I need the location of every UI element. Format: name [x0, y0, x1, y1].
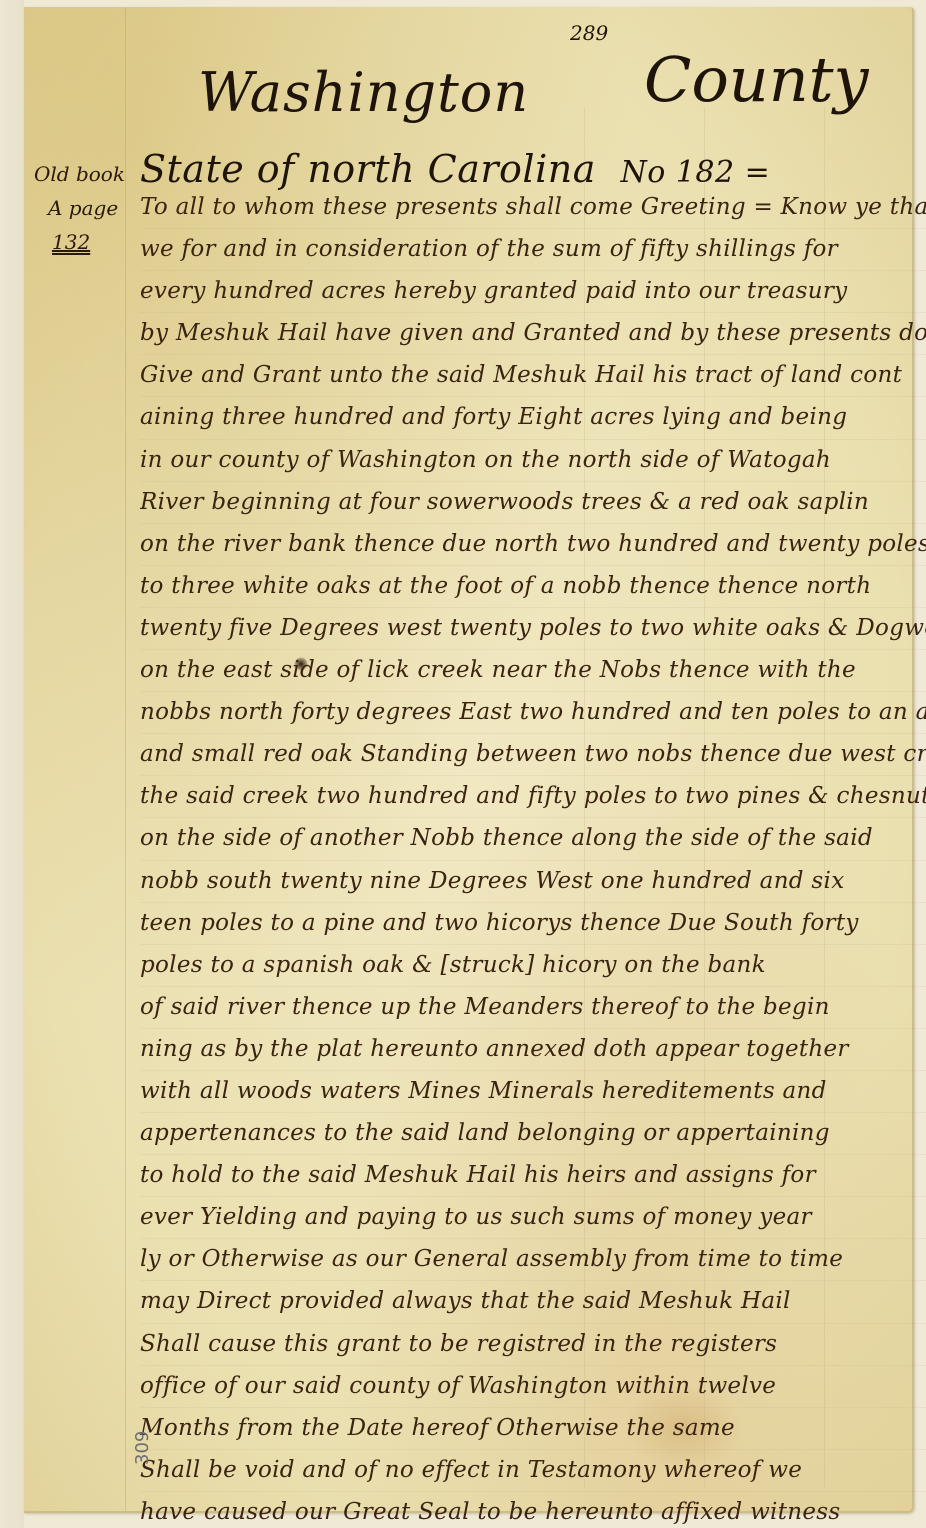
text-line: every hundred acres hereby granted paid … [140, 271, 926, 313]
text-line: twenty five Degrees west twenty poles to… [140, 608, 926, 650]
page-number: 289 [570, 21, 608, 45]
text-line: Months from the Date hereof Otherwise th… [140, 1408, 926, 1450]
text-line: we for and in consideration of the sum o… [140, 229, 926, 271]
text-line: by Meshuk Hail have given and Granted an… [140, 313, 926, 355]
manuscript-page: 289 Washington County Old book A page 13… [24, 7, 914, 1513]
text-line: to three white oaks at the foot of a nob… [140, 566, 926, 608]
county-name: Washington [198, 61, 529, 124]
text-line: Give and Grant unto the said Meshuk Hail… [140, 355, 926, 397]
text-line: nobbs north forty degrees East two hundr… [140, 692, 926, 734]
text-line: office of our said county of Washington … [140, 1366, 926, 1408]
text-line: aining three hundred and forty Eight acr… [140, 397, 926, 439]
text-line: to hold to the said Meshuk Hail his heir… [140, 1155, 926, 1197]
text-line: Shall be void and of no effect in Testam… [140, 1450, 926, 1492]
text-line: poles to a spanish oak & [struck] hicory… [140, 945, 926, 987]
margin-note-line: Old book [34, 157, 130, 191]
text-line: on the east side of lick creek near the … [140, 650, 926, 692]
text-line: may Direct provided always that the said… [140, 1281, 926, 1323]
text-line: ning as by the plat hereunto annexed dot… [140, 1029, 926, 1071]
text-line: ly or Otherwise as our General assembly … [140, 1239, 926, 1281]
text-line: on the side of another Nobb thence along… [140, 818, 926, 860]
margin-note: Old book A page 132 [34, 157, 130, 259]
margin-note-page: 132 [34, 225, 130, 259]
county-label: County [644, 43, 869, 116]
text-line: nobb south twenty nine Degrees West one … [140, 861, 926, 903]
text-line: and small red oak Standing between two n… [140, 734, 926, 776]
state-name: State of north Carolina [140, 147, 596, 191]
margin-note-line: A page [34, 191, 130, 225]
text-line: To all to whom these presents shall come… [140, 187, 926, 229]
text-line: in our county of Washington on the north… [140, 440, 926, 482]
text-line: Shall cause this grant to be registred i… [140, 1324, 926, 1366]
text-line: with all woods waters Mines Minerals her… [140, 1071, 926, 1113]
grant-heading: State of north Carolina No 182 = [140, 147, 770, 191]
text-line: teen poles to a pine and two hicorys the… [140, 903, 926, 945]
text-line: the said creek two hundred and fifty pol… [140, 776, 926, 818]
archive-stamp: 309 [132, 1431, 153, 1465]
grant-body: To all to whom these presents shall come… [140, 187, 926, 1528]
text-line: have caused our Great Seal to be hereunt… [140, 1492, 926, 1528]
text-line: on the river bank thence due north two h… [140, 524, 926, 566]
text-line: of said river thence up the Meanders the… [140, 987, 926, 1029]
text-line: River beginning at four sowerwoods trees… [140, 482, 926, 524]
grant-number: No 182 = [620, 155, 770, 190]
county-title: Washington County [184, 43, 926, 133]
text-line: ever Yielding and paying to us such sums… [140, 1197, 926, 1239]
text-line: appertenances to the said land belonging… [140, 1113, 926, 1155]
